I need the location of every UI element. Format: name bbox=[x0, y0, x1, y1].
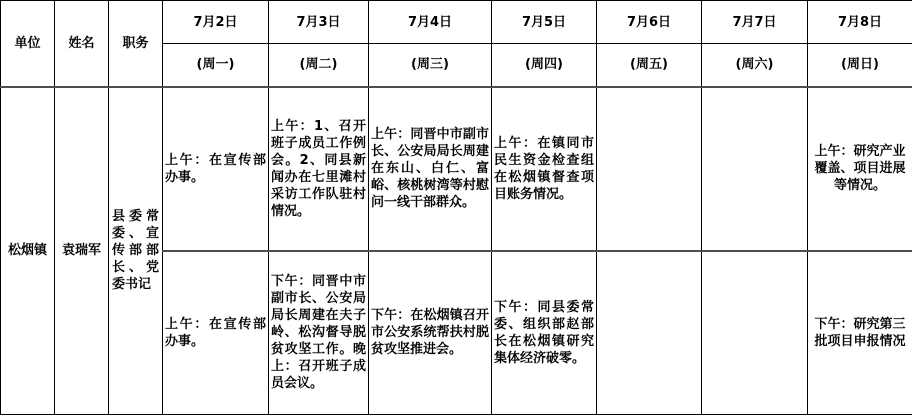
date-header-6: 7月8日 bbox=[808, 1, 912, 44]
morning-cell-3: 上午：在镇同市民生资金检查组在松烟镇督查项目账务情况。 bbox=[492, 87, 597, 251]
afternoon-cell-1: 下午：同晋中市副市长、公安局局长周建在夫子岭、松沟督导脱贫攻坚工作。晚上：召开班… bbox=[269, 251, 369, 415]
afternoon-cell-3: 下午：同县委常委、组织部赵部长在松烟镇研究集体经济破零。 bbox=[492, 251, 597, 415]
unit-header: 单位 bbox=[1, 1, 55, 87]
schedule-row-morning: 松烟镇 袁瑞军 县委常委、宣传部部长、党委书记 上午：在宣传部办事。 上午：1、… bbox=[1, 87, 912, 251]
afternoon-cell-0: 上午：在宣传部办事。 bbox=[163, 251, 269, 415]
afternoon-cell-5 bbox=[702, 251, 808, 415]
weekday-header-0: (周一) bbox=[163, 44, 269, 87]
afternoon-cell-4 bbox=[597, 251, 702, 415]
afternoon-cell-2: 下午：在松烟镇召开市公安系统帮扶村脱贫攻坚推进会。 bbox=[369, 251, 492, 415]
date-header-1: 7月3日 bbox=[269, 1, 369, 44]
morning-cell-5 bbox=[702, 87, 808, 251]
date-header-0: 7月2日 bbox=[163, 1, 269, 44]
header-row-dates: 单位 姓名 职务 7月2日 7月3日 7月4日 7月5日 7月6日 7月7日 7… bbox=[1, 1, 912, 44]
morning-cell-6: 上午：研究产业覆盖、项目进展等情况。 bbox=[808, 87, 912, 251]
date-header-2: 7月4日 bbox=[369, 1, 492, 44]
weekday-header-4: (周五) bbox=[597, 44, 702, 87]
name-header: 姓名 bbox=[55, 1, 109, 87]
weekday-header-1: (周二) bbox=[269, 44, 369, 87]
morning-cell-4 bbox=[597, 87, 702, 251]
weekday-header-5: (周六) bbox=[702, 44, 808, 87]
morning-cell-0: 上午：在宣传部办事。 bbox=[163, 87, 269, 251]
name-cell: 袁瑞军 bbox=[55, 87, 109, 415]
date-header-3: 7月5日 bbox=[492, 1, 597, 44]
unit-cell: 松烟镇 bbox=[1, 87, 55, 415]
morning-cell-1: 上午：1、召开班子成员工作例会。2、同县新闻办在七里滩村采访工作队驻村情况。 bbox=[269, 87, 369, 251]
date-header-5: 7月7日 bbox=[702, 1, 808, 44]
position-header: 职务 bbox=[109, 1, 163, 87]
position-cell: 县委常委、宣传部部长、党委书记 bbox=[109, 87, 163, 415]
weekday-header-3: (周四) bbox=[492, 44, 597, 87]
afternoon-cell-6: 下午：研究第三批项目申报情况 bbox=[808, 251, 912, 415]
morning-cell-2: 上午：同晋中市副市长、公安局局长周建在东山、白仁、富峪、核桃树湾等村慰问一线干部… bbox=[369, 87, 492, 251]
date-header-4: 7月6日 bbox=[597, 1, 702, 44]
weekday-header-6: (周日) bbox=[808, 44, 912, 87]
weekday-header-2: (周三) bbox=[369, 44, 492, 87]
weekly-schedule-table: 单位 姓名 职务 7月2日 7月3日 7月4日 7月5日 7月6日 7月7日 7… bbox=[0, 0, 912, 415]
